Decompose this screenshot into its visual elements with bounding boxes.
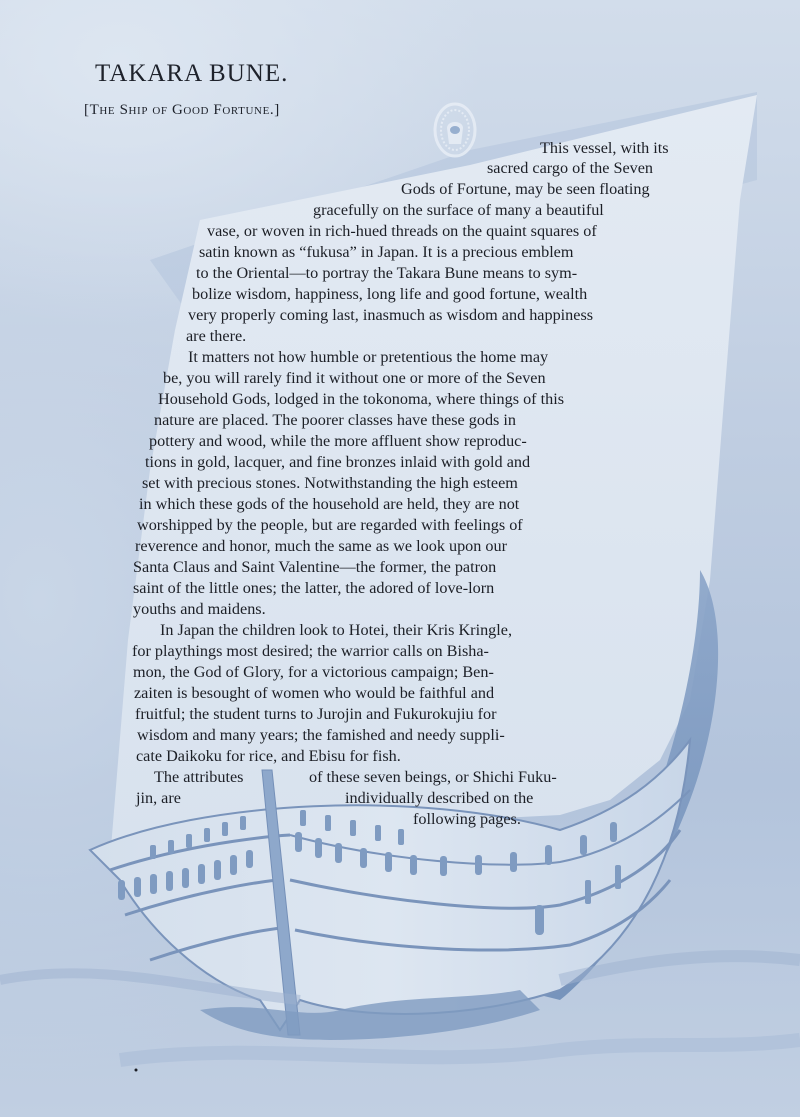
- text-line: be, you will rarely find it without one …: [163, 368, 546, 388]
- text-line: individually described on the: [345, 788, 533, 808]
- text-line: vase, or woven in rich-hued threads on t…: [207, 221, 597, 241]
- text-line: fruitful; the student turns to Jurojin a…: [135, 704, 496, 724]
- text-line: Household Gods, lodged in the tokonoma, …: [158, 389, 564, 409]
- text-line: gracefully on the surface of many a beau…: [313, 200, 604, 220]
- text-line: jin, are: [136, 788, 181, 808]
- text-line: pottery and wood, while the more affluen…: [149, 431, 527, 451]
- text-line: for playthings most desired; the warrior…: [132, 641, 489, 661]
- text-line: set with precious stones. Notwithstandin…: [142, 473, 518, 493]
- text-line: Santa Claus and Saint Valentine—the form…: [133, 557, 496, 577]
- text-line: mon, the God of Glory, for a victorious …: [133, 662, 494, 682]
- text-line: are there.: [186, 326, 246, 346]
- text-line: sacred cargo of the Seven: [487, 158, 653, 178]
- text-line: It matters not how humble or pretentious…: [188, 347, 548, 367]
- text-line: In Japan the children look to Hotei, the…: [160, 620, 512, 640]
- text-line: cate Daikoku for rice, and Ebisu for fis…: [136, 746, 401, 766]
- text-line: This vessel, with its: [540, 138, 669, 158]
- text-line: bolize wisdom, happiness, long life and …: [192, 284, 587, 304]
- crest-emblem: [435, 104, 475, 156]
- page-title: TAKARA BUNE.: [95, 60, 288, 88]
- text-line: following pages.: [413, 809, 521, 829]
- text-line: tions in gold, lacquer, and fine bronzes…: [145, 452, 530, 472]
- text-line: of these seven beings, or Shichi Fuku-: [309, 767, 557, 787]
- text-line: zaiten is besought of women who would be…: [134, 683, 494, 703]
- text-line: Gods of Fortune, may be seen floating: [401, 179, 650, 199]
- text-line: saint of the little ones; the latter, th…: [133, 578, 494, 598]
- text-line: in which these gods of the household are…: [139, 494, 519, 514]
- text-line: very properly coming last, inasmuch as w…: [188, 305, 593, 325]
- text-line: worshipped by the people, but are regard…: [137, 515, 523, 535]
- text-line: to the Oriental—to portray the Takara Bu…: [196, 263, 577, 283]
- page-subtitle: [The Ship of Good Fortune.]: [84, 102, 280, 119]
- text-line: The attributes: [154, 767, 243, 787]
- text-line: nature are placed. The poorer classes ha…: [154, 410, 516, 430]
- text-line: youths and maidens.: [133, 599, 266, 619]
- text-line: satin known as “fukusa” in Japan. It is …: [199, 242, 573, 262]
- text-line: wisdom and many years; the famished and …: [137, 725, 505, 745]
- text-line: reverence and honor, much the same as we…: [135, 536, 507, 556]
